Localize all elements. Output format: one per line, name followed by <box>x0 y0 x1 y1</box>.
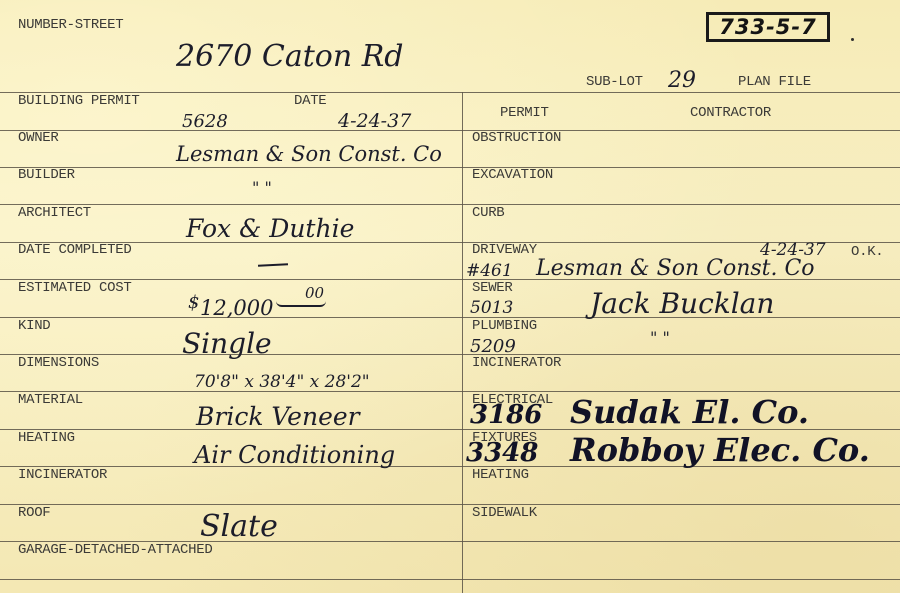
estimated-cost-cents: 00 <box>305 286 324 301</box>
obstruction-label: OBSTRUCTION <box>472 131 561 145</box>
owner-value: Lesman & Son Const. Co <box>176 144 442 165</box>
date-value: 4-24-37 <box>338 112 411 131</box>
driveway-contractor: Lesman & Son Const. Co <box>536 258 815 280</box>
date-completed-blank-mark <box>258 263 288 267</box>
rule-line <box>0 130 900 131</box>
permit-card: NUMBER-STREET 2670 Caton Rd 733-5-7 SUB-… <box>0 0 900 593</box>
roof-label: ROOF <box>18 506 50 520</box>
estimated-cost-currency: $ <box>188 294 199 312</box>
kind-label: KIND <box>18 319 50 333</box>
fixtures-contractor: Robboy Elec. Co. <box>570 434 870 466</box>
rule-line <box>0 204 900 205</box>
architect-value: Fox & Duthie <box>186 216 354 241</box>
building-permit-value: 5628 <box>182 113 228 131</box>
contractor-column-header: CONTRACTOR <box>690 106 771 120</box>
architect-label: ARCHITECT <box>18 206 91 220</box>
dimensions-label: DIMENSIONS <box>18 356 99 370</box>
sidewalk-label: SIDEWALK <box>472 506 537 520</box>
date-completed-label: DATE COMPLETED <box>18 243 131 257</box>
building-permit-label: BUILDING PERMIT <box>18 94 140 108</box>
plumbing-permit: 5209 <box>470 338 516 356</box>
heating-value: Air Conditioning <box>194 443 395 467</box>
plan-file-label: PLAN FILE <box>738 75 811 89</box>
cents-underline <box>276 301 326 307</box>
curb-label: CURB <box>472 206 504 220</box>
plumbing-label: PLUMBING <box>472 319 537 333</box>
owner-label: OWNER <box>18 131 59 145</box>
builder-label: BUILDER <box>18 168 75 182</box>
rule-line <box>0 504 900 505</box>
driveway-permit: #461 <box>466 263 513 280</box>
dimensions-value: 70'8" x 38'4" x 28'2" <box>194 374 370 391</box>
date-label: DATE <box>294 94 326 108</box>
sewer-label: SEWER <box>472 281 513 295</box>
builder-value: " " <box>252 180 272 196</box>
rule-line <box>0 579 900 580</box>
column-divider <box>462 92 463 593</box>
material-value: Brick Veneer <box>196 404 360 429</box>
estimated-cost-label: ESTIMATED COST <box>18 281 131 295</box>
rule-line <box>0 354 900 355</box>
heating-permit-label: HEATING <box>472 468 529 482</box>
driveway-label: DRIVEWAY <box>472 243 537 257</box>
kind-value: Single <box>182 330 272 358</box>
driveway-status: O.K. <box>851 245 883 259</box>
plumbing-contractor: " " <box>650 330 670 346</box>
sub-lot-value: 29 <box>668 70 696 92</box>
heating-label: HEATING <box>18 431 75 445</box>
electrical-contractor: Sudak El. Co. <box>570 396 809 428</box>
material-label: MATERIAL <box>18 393 83 407</box>
ink-dot <box>851 38 854 41</box>
incinerator-permit-label: INCINERATOR <box>472 356 561 370</box>
sewer-contractor: Jack Bucklan <box>590 290 774 318</box>
excavation-label: EXCAVATION <box>472 168 553 182</box>
number-street-value: 2670 Caton Rd <box>176 42 404 72</box>
file-number-stamp: 733-5-7 <box>706 12 830 42</box>
sewer-permit: 5013 <box>470 300 513 317</box>
garage-label: GARAGE-DETACHED-ATTACHED <box>18 543 212 557</box>
fixtures-permit: 3348 <box>466 440 538 466</box>
number-street-label: NUMBER-STREET <box>18 18 123 32</box>
roof-value: Slate <box>200 512 278 542</box>
permit-column-header: PERMIT <box>500 106 549 120</box>
incinerator-label: INCINERATOR <box>18 468 107 482</box>
rule-line <box>0 167 900 168</box>
estimated-cost-value: 12,000 <box>200 298 273 319</box>
sub-lot-label: SUB-LOT <box>586 75 643 89</box>
electrical-permit: 3186 <box>470 402 542 428</box>
rule-line <box>0 391 900 392</box>
